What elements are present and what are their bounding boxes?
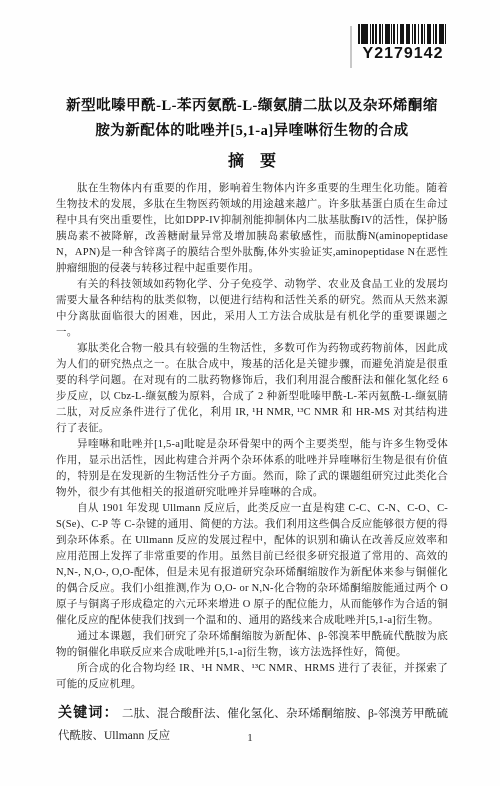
thesis-title-line1: 新型吡嗪甲酰-L-苯丙氨酰-L-缬氨腈二肽以及杂环烯酮缩 [66, 98, 438, 114]
abstract-paragraph: 寡肽类化合物一般具有较强的生物活性，多数可作为药物或药物前体，因此成为人们的研究… [56, 341, 448, 437]
thesis-abstract-page: Y2179142 新型吡嗪甲酰-L-苯丙氨酰-L-缬氨腈二肽以及杂环烯酮缩 胺为… [0, 0, 500, 786]
abstract-paragraph: 肽在生物体内有重要的作用，影响着生物体内许多重要的生理生化功能。随着生物技术的发… [56, 181, 448, 277]
page-content: Y2179142 新型吡嗪甲酰-L-苯丙氨酰-L-缬氨腈二肽以及杂环烯酮缩 胺为… [0, 0, 500, 747]
abstract-paragraph: 自从 1901 年发现 Ullmann 反应后，此类反应一直是构建 C-C、C-… [56, 501, 448, 629]
scan-artifact-line [350, 26, 352, 68]
abstract-paragraph: 通过本课题，我们研究了杂环烯酮缩胺为新配体、β-邻溴苯甲酰硫代酰胺为底物的铜催化… [56, 629, 448, 661]
abstract-body: 肽在生物体内有重要的作用，影响着生物体内许多重要的生理生化功能。随着生物技术的发… [56, 181, 448, 693]
page-number: 1 [0, 732, 500, 744]
barcode-bars-icon [358, 24, 448, 44]
abstract-paragraph: 所合成的化合物均经 IR、¹H NMR、¹³C NMR、HRMS 进行了表征，并… [56, 661, 448, 693]
barcode-number: Y2179142 [358, 44, 448, 64]
thesis-title-line2: 胺为新配体的吡唑并[5,1-a]异喹啉衍生物的合成 [95, 123, 408, 139]
keywords-label: 关键词： [58, 706, 119, 721]
barcode-block: Y2179142 [56, 24, 448, 68]
thesis-title: 新型吡嗪甲酰-L-苯丙氨酰-L-缬氨腈二肽以及杂环烯酮缩 胺为新配体的吡唑并[5… [56, 94, 448, 144]
abstract-heading: 摘 要 [56, 151, 448, 173]
abstract-paragraph: 异喹啉和吡唑并[1,5-a]吡啶是杂环骨架中的两个主要类型，能与许多生物受体作用… [56, 437, 448, 501]
abstract-paragraph: 有关的科技领域如药物化学、分子免疫学、动物学、农业及食品工业的发展均需要大量各种… [56, 277, 448, 341]
barcode: Y2179142 [358, 24, 448, 64]
